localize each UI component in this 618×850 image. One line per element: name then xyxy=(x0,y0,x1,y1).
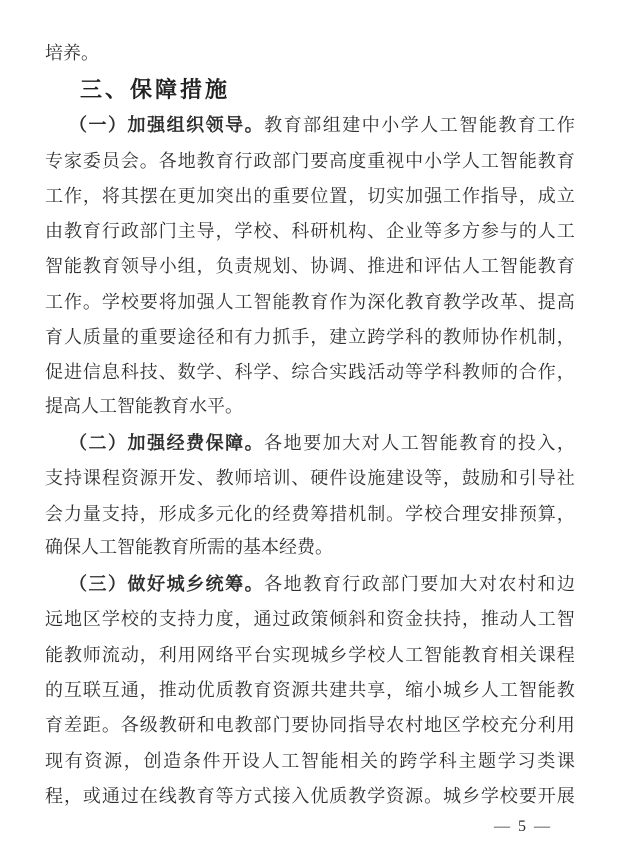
body-char: 人 xyxy=(481,676,499,702)
body-char: 工 xyxy=(443,182,461,208)
body-char: 高 xyxy=(329,147,347,173)
body-char: 硬 xyxy=(310,464,328,490)
body-char: 通 xyxy=(253,605,271,631)
body-char: 资 xyxy=(84,747,102,773)
lead-in-char: ） xyxy=(108,570,126,596)
body-char: 题 xyxy=(478,747,496,773)
body-char: 途 xyxy=(178,323,196,349)
body-char: 。 xyxy=(315,530,333,565)
body-char: 络 xyxy=(216,641,234,667)
body-char: 教 xyxy=(64,641,82,667)
body-char: 业 xyxy=(405,217,423,243)
body-char: 源 xyxy=(140,464,158,490)
lead-in-char: 强 xyxy=(147,111,165,137)
body-char: 科 xyxy=(439,747,457,773)
body-char: 件 xyxy=(203,747,221,773)
body-char: 智 xyxy=(45,252,63,278)
lead-in-char: （ xyxy=(69,429,87,455)
body-char: 门 xyxy=(401,570,419,596)
body-char: 能 xyxy=(519,252,537,278)
body-char: 智 xyxy=(500,147,518,173)
lead-in-char: 经 xyxy=(167,429,185,455)
body-char: 实 xyxy=(272,641,290,667)
body-char: 形 xyxy=(159,500,177,526)
body-char: 能 xyxy=(321,747,339,773)
body-char: 教 xyxy=(538,147,556,173)
body-char: 革 xyxy=(500,288,518,314)
body-char: 对 xyxy=(362,429,380,455)
body-char: 置 xyxy=(329,182,347,208)
body-char: 学 xyxy=(462,711,480,737)
body-char: 导 xyxy=(197,217,215,243)
body-char: 和 xyxy=(500,464,518,490)
body-char: 的 xyxy=(253,182,271,208)
lead-in-char: 二 xyxy=(89,429,107,455)
body-char: 。 xyxy=(386,500,404,526)
body-char: 立 xyxy=(348,323,366,349)
body-char: 优 xyxy=(310,782,328,808)
section-heading: 三、保障措施 xyxy=(45,71,575,106)
body-char: 育 xyxy=(45,323,63,349)
body-char: 人 xyxy=(538,217,556,243)
body-char: ， xyxy=(348,182,366,208)
body-char: 社 xyxy=(557,464,575,490)
body-char: 设 xyxy=(348,464,366,490)
body-char: 师 xyxy=(462,323,480,349)
body-char: ， xyxy=(140,500,158,526)
body-char: 智 xyxy=(500,252,518,278)
body-char: 指 xyxy=(481,182,499,208)
body-char: 、 xyxy=(291,252,309,278)
body-char: 村 xyxy=(405,711,423,737)
body-char: 径 xyxy=(197,323,215,349)
body-char: 和 xyxy=(367,605,385,631)
body-char: 相 xyxy=(340,747,358,773)
body-char: 作 xyxy=(557,111,575,137)
body-char: 确 xyxy=(45,530,63,565)
body-char: 建 xyxy=(342,111,360,137)
body-char: 等 xyxy=(424,464,442,490)
body-char: 量 xyxy=(83,500,101,526)
body-char: 基 xyxy=(243,530,261,565)
body-char: 育 xyxy=(557,147,575,173)
body-char: 息 xyxy=(102,358,120,384)
body-char: 家 xyxy=(64,147,82,173)
body-char: 政 xyxy=(291,605,309,631)
body-char: 高 xyxy=(557,288,575,314)
body-char: 视 xyxy=(386,147,404,173)
body-char: 开 xyxy=(222,747,240,773)
body-char: 工 xyxy=(45,288,63,314)
lead-in-char: （ xyxy=(69,570,87,596)
body-char: 智 xyxy=(420,429,438,455)
body-char: 城 xyxy=(443,676,461,702)
body-char: 中 xyxy=(405,147,423,173)
body-char: 工 xyxy=(235,288,253,314)
body-char: 学 xyxy=(443,147,461,173)
body-char: 源 xyxy=(291,676,309,702)
body-char: 科 xyxy=(121,358,139,384)
body-char: 金 xyxy=(405,605,423,631)
body-char: 和 xyxy=(197,711,215,737)
body-char: 小 xyxy=(424,147,442,173)
body-char: 校 xyxy=(367,641,385,667)
body-char: 工 xyxy=(45,182,63,208)
body-char: 学 xyxy=(462,288,480,314)
body-char: 的 xyxy=(519,217,537,243)
body-char: 校 xyxy=(121,288,139,314)
body-char: 投 xyxy=(518,429,536,455)
body-char: 的 xyxy=(45,676,63,702)
body-char: 合 xyxy=(310,358,328,384)
body-char: 育 xyxy=(557,252,575,278)
body-char: 估 xyxy=(443,252,461,278)
body-char: 实 xyxy=(329,358,347,384)
body-char: 在 xyxy=(140,782,158,808)
body-char: 有 xyxy=(235,323,253,349)
body-char: 主 xyxy=(178,217,196,243)
text-line: 促进信息科技、数学、科学、综合实践活动等学科教师的合作， xyxy=(45,354,575,389)
body-char: 在 xyxy=(159,182,177,208)
body-char: 智 xyxy=(117,389,135,424)
body-char: 城 xyxy=(310,641,328,667)
body-char: 育 xyxy=(45,711,63,737)
body-char: 造 xyxy=(163,747,181,773)
body-char: 校 xyxy=(121,605,139,631)
body-char: 倾 xyxy=(329,605,347,631)
body-char: 养 xyxy=(63,36,81,71)
text-line: 的互联互通，推动优质教育资源共建共享，缩小城乡人工智能教 xyxy=(45,671,575,706)
body-char: 育 xyxy=(284,111,302,137)
body-char: 教 xyxy=(178,782,196,808)
body-char: 作 xyxy=(500,323,518,349)
page-number: — 5 — xyxy=(494,818,552,836)
text-line: 现有资源，创造条件开设人工智能相关的跨学科主题学习类课 xyxy=(45,742,575,777)
body-char: 措 xyxy=(329,500,347,526)
body-char: 等 xyxy=(424,217,442,243)
body-char: 边 xyxy=(557,570,575,596)
body-char: 进 xyxy=(64,358,82,384)
body-char: 加 xyxy=(405,182,423,208)
body-char: 行 xyxy=(102,217,120,243)
body-char: 协 xyxy=(481,323,499,349)
body-char: 、 xyxy=(348,252,366,278)
body-char: 动 xyxy=(121,641,139,667)
body-char: 学 xyxy=(419,747,437,773)
body-char: 学 xyxy=(102,605,120,631)
body-char: 人 xyxy=(519,605,537,631)
body-char: 实 xyxy=(386,182,404,208)
body-char: 预 xyxy=(519,500,537,526)
body-char: 持 xyxy=(178,605,196,631)
body-char: 育 xyxy=(323,570,341,596)
body-char: 科 xyxy=(443,358,461,384)
text-line: 会力量支持，形成多元化的经费筹措机制。学校合理安排预算， xyxy=(45,495,575,530)
body-char: 施 xyxy=(367,464,385,490)
body-char: 方 xyxy=(462,217,480,243)
body-char: 平 xyxy=(207,389,225,424)
body-char: 、 xyxy=(272,358,290,384)
body-char: 等 xyxy=(405,358,423,384)
body-char: 重 xyxy=(140,323,158,349)
body-char: 领 xyxy=(121,252,139,278)
body-char: 学 xyxy=(367,782,385,808)
body-char: 现 xyxy=(45,747,63,773)
body-char: 多 xyxy=(197,500,215,526)
body-char: ， xyxy=(443,464,461,490)
text-line: 提高人工智能教育水平。 xyxy=(45,389,575,424)
body-char: 工 xyxy=(481,147,499,173)
body-char: 线 xyxy=(159,782,177,808)
body-char: 教 xyxy=(538,252,556,278)
body-char: 要 xyxy=(159,323,177,349)
body-char: 为 xyxy=(348,288,366,314)
body-char: 划 xyxy=(272,252,290,278)
body-char: 成 xyxy=(178,500,196,526)
body-char: 校 xyxy=(253,217,271,243)
body-char: 师 xyxy=(83,641,101,667)
body-char: 师 xyxy=(481,358,499,384)
body-char: 智 xyxy=(253,288,271,314)
body-char: 门 xyxy=(291,147,309,173)
body-char: 课 xyxy=(557,747,575,773)
body-char: 立 xyxy=(557,182,575,208)
body-char: 各 xyxy=(264,429,282,455)
body-char: 有 xyxy=(65,747,83,773)
lead-in-char: 。 xyxy=(245,429,263,455)
body-char: 发 xyxy=(178,464,196,490)
body-char: 本 xyxy=(261,530,279,565)
text-line: 远地区学校的支持力度，通过政策倾斜和资金扶持，推动人工智 xyxy=(45,601,575,636)
body-char: 。 xyxy=(81,36,99,71)
lead-in-char: 城 xyxy=(167,570,185,596)
body-char: 工 xyxy=(537,111,555,137)
body-char: 加 xyxy=(178,288,196,314)
body-char: ， xyxy=(557,358,575,384)
body-char: 作 xyxy=(462,182,480,208)
body-char: 推 xyxy=(367,252,385,278)
body-char: 其 xyxy=(121,182,139,208)
body-char: 费 xyxy=(291,500,309,526)
body-char: 通 xyxy=(102,782,120,808)
lead-in-char: 统 xyxy=(206,570,224,596)
body-char: 高 xyxy=(63,389,81,424)
body-char: 成 xyxy=(538,182,556,208)
lead-in-char: 。 xyxy=(245,570,263,596)
body-char: 教 xyxy=(264,111,282,137)
body-char: 委 xyxy=(83,147,101,173)
text-line: （三）做好城乡统筹。各地教育行政部门要加大对农村和边 xyxy=(45,565,575,600)
lead-in-char: 一 xyxy=(89,111,107,137)
body-char: 作 xyxy=(329,288,347,314)
body-char: 行 xyxy=(342,570,360,596)
body-char: 门 xyxy=(272,711,290,737)
body-char: 促 xyxy=(45,358,63,384)
lead-in-char: ） xyxy=(108,111,126,137)
body-char: 校 xyxy=(481,711,499,737)
body-char: 指 xyxy=(348,711,366,737)
body-char: 导 xyxy=(538,464,556,490)
body-char: 。 xyxy=(83,288,101,314)
body-char: 各 xyxy=(121,711,139,737)
body-char: 过 xyxy=(121,782,139,808)
body-char: 教 xyxy=(197,147,215,173)
lead-in-char: 加 xyxy=(128,111,146,137)
body-char: 费 xyxy=(297,530,315,565)
lead-in-char: 导 xyxy=(225,111,243,137)
body-char: 导 xyxy=(367,711,385,737)
body-char: 提 xyxy=(45,389,63,424)
body-char: 力 xyxy=(253,323,271,349)
lead-in-char: 保 xyxy=(206,429,224,455)
body-char: 能 xyxy=(135,530,153,565)
body-char: 入 xyxy=(537,429,555,455)
body-char: 源 xyxy=(104,747,122,773)
body-char: 共 xyxy=(310,676,328,702)
body-char: ， xyxy=(124,747,142,773)
body-char: 要 xyxy=(519,782,537,808)
body-char: 分 xyxy=(519,711,537,737)
body-char: 工 xyxy=(99,389,117,424)
body-char: 合 xyxy=(443,500,461,526)
body-char: 乡 xyxy=(462,676,480,702)
body-char: 教 xyxy=(498,111,516,137)
body-char: 导 xyxy=(140,252,158,278)
body-char: 的 xyxy=(498,429,516,455)
body-char: 作 xyxy=(64,288,82,314)
body-char: 能 xyxy=(538,676,556,702)
body-char: 距 xyxy=(83,711,101,737)
body-char: 励 xyxy=(481,464,499,490)
document-page: 培养。三、保障措施（一）加强组织领导。教育部组建中小学人工智能教育工作专家委员会… xyxy=(0,0,618,850)
body-char: 人 xyxy=(462,252,480,278)
body-char: 人 xyxy=(386,641,404,667)
body-char: 的 xyxy=(500,358,518,384)
body-char: 政 xyxy=(121,217,139,243)
body-char: 动 xyxy=(386,358,404,384)
body-char: 重 xyxy=(367,147,385,173)
body-char: 度 xyxy=(216,605,234,631)
lead-in-char: 筹 xyxy=(225,570,243,596)
body-char: 扶 xyxy=(424,605,442,631)
body-char: 开 xyxy=(538,782,556,808)
body-char: 学 xyxy=(386,323,404,349)
body-char: 的 xyxy=(424,323,442,349)
body-char: 。 xyxy=(225,389,243,424)
body-char: 校 xyxy=(500,782,518,808)
body-char: 化 xyxy=(386,288,404,314)
text-line: （二）加强经费保障。各地要加大对人工智能教育的投入， xyxy=(45,424,575,459)
body-char: 动 xyxy=(500,605,518,631)
body-char: 智 xyxy=(519,676,537,702)
body-char: 对 xyxy=(479,570,497,596)
body-char: 优 xyxy=(197,676,215,702)
body-char: 持 xyxy=(443,605,461,631)
body-char: 部 xyxy=(381,570,399,596)
body-char: 、 xyxy=(519,288,537,314)
lead-in-char: 乡 xyxy=(186,570,204,596)
body-char: 培 xyxy=(253,464,271,490)
body-char: 享 xyxy=(367,676,385,702)
body-char: 作 xyxy=(538,358,556,384)
body-char: 科 xyxy=(291,217,309,243)
body-char: 育 xyxy=(83,217,101,243)
body-char: 机 xyxy=(329,217,347,243)
body-char: 行 xyxy=(235,147,253,173)
body-char: 进 xyxy=(386,252,404,278)
body-char: 育 xyxy=(216,147,234,173)
body-char: 或 xyxy=(83,782,101,808)
body-char: 人 xyxy=(262,747,280,773)
lead-in-char: 做 xyxy=(128,570,146,596)
body-char: 企 xyxy=(386,217,404,243)
body-char: 的 xyxy=(380,747,398,773)
body-char: 部 xyxy=(303,111,321,137)
body-char: 政 xyxy=(253,147,271,173)
body-char: 建 xyxy=(329,676,347,702)
body-char: 和 xyxy=(405,252,423,278)
body-char: ， xyxy=(310,323,328,349)
body-char: 部 xyxy=(140,217,158,243)
body-char: 育 xyxy=(197,782,215,808)
body-char: 制 xyxy=(538,323,556,349)
body-char: 学 xyxy=(197,358,215,384)
body-char: 教 xyxy=(83,252,101,278)
body-char: ， xyxy=(557,323,575,349)
lead-in-char: 。 xyxy=(245,111,263,137)
body-char: 级 xyxy=(140,711,158,737)
body-char: 远 xyxy=(45,605,63,631)
body-char: 和 xyxy=(537,570,555,596)
body-char: 、 xyxy=(159,358,177,384)
body-char: 中 xyxy=(362,111,380,137)
body-char: ， xyxy=(462,605,480,631)
body-char: 作 xyxy=(64,182,82,208)
body-char: 组 xyxy=(178,252,196,278)
body-char: 度 xyxy=(348,147,366,173)
body-char: 教 xyxy=(235,676,253,702)
body-char: 展 xyxy=(557,782,575,808)
body-char: 地 xyxy=(178,147,196,173)
body-char: 利 xyxy=(538,711,556,737)
body-char: 学 xyxy=(235,217,253,243)
body-char: 水 xyxy=(189,389,207,424)
body-char: 责 xyxy=(235,252,253,278)
body-char: 村 xyxy=(518,570,536,596)
body-char: 算 xyxy=(538,500,556,526)
body-char: 的 xyxy=(140,605,158,631)
body-char: 学 xyxy=(253,358,271,384)
body-char: 要 xyxy=(420,570,438,596)
body-char: 程 xyxy=(45,782,63,808)
body-char: 平 xyxy=(235,641,253,667)
body-char: ， xyxy=(140,676,158,702)
body-char: 教 xyxy=(443,288,461,314)
body-char: 调 xyxy=(329,252,347,278)
body-char: 建 xyxy=(329,323,347,349)
body-char: 接 xyxy=(272,782,290,808)
body-char: 农 xyxy=(498,570,516,596)
body-char: 教 xyxy=(291,288,309,314)
body-char: 区 xyxy=(83,605,101,631)
body-char: ， xyxy=(557,500,575,526)
body-char: 人 xyxy=(420,111,438,137)
body-char: 重 xyxy=(272,182,290,208)
body-char: 资 xyxy=(272,676,290,702)
body-char: 人 xyxy=(81,530,99,565)
text-line: 确保人工智能教育所需的基本经费。 xyxy=(45,530,575,565)
body-char: 推 xyxy=(159,676,177,702)
